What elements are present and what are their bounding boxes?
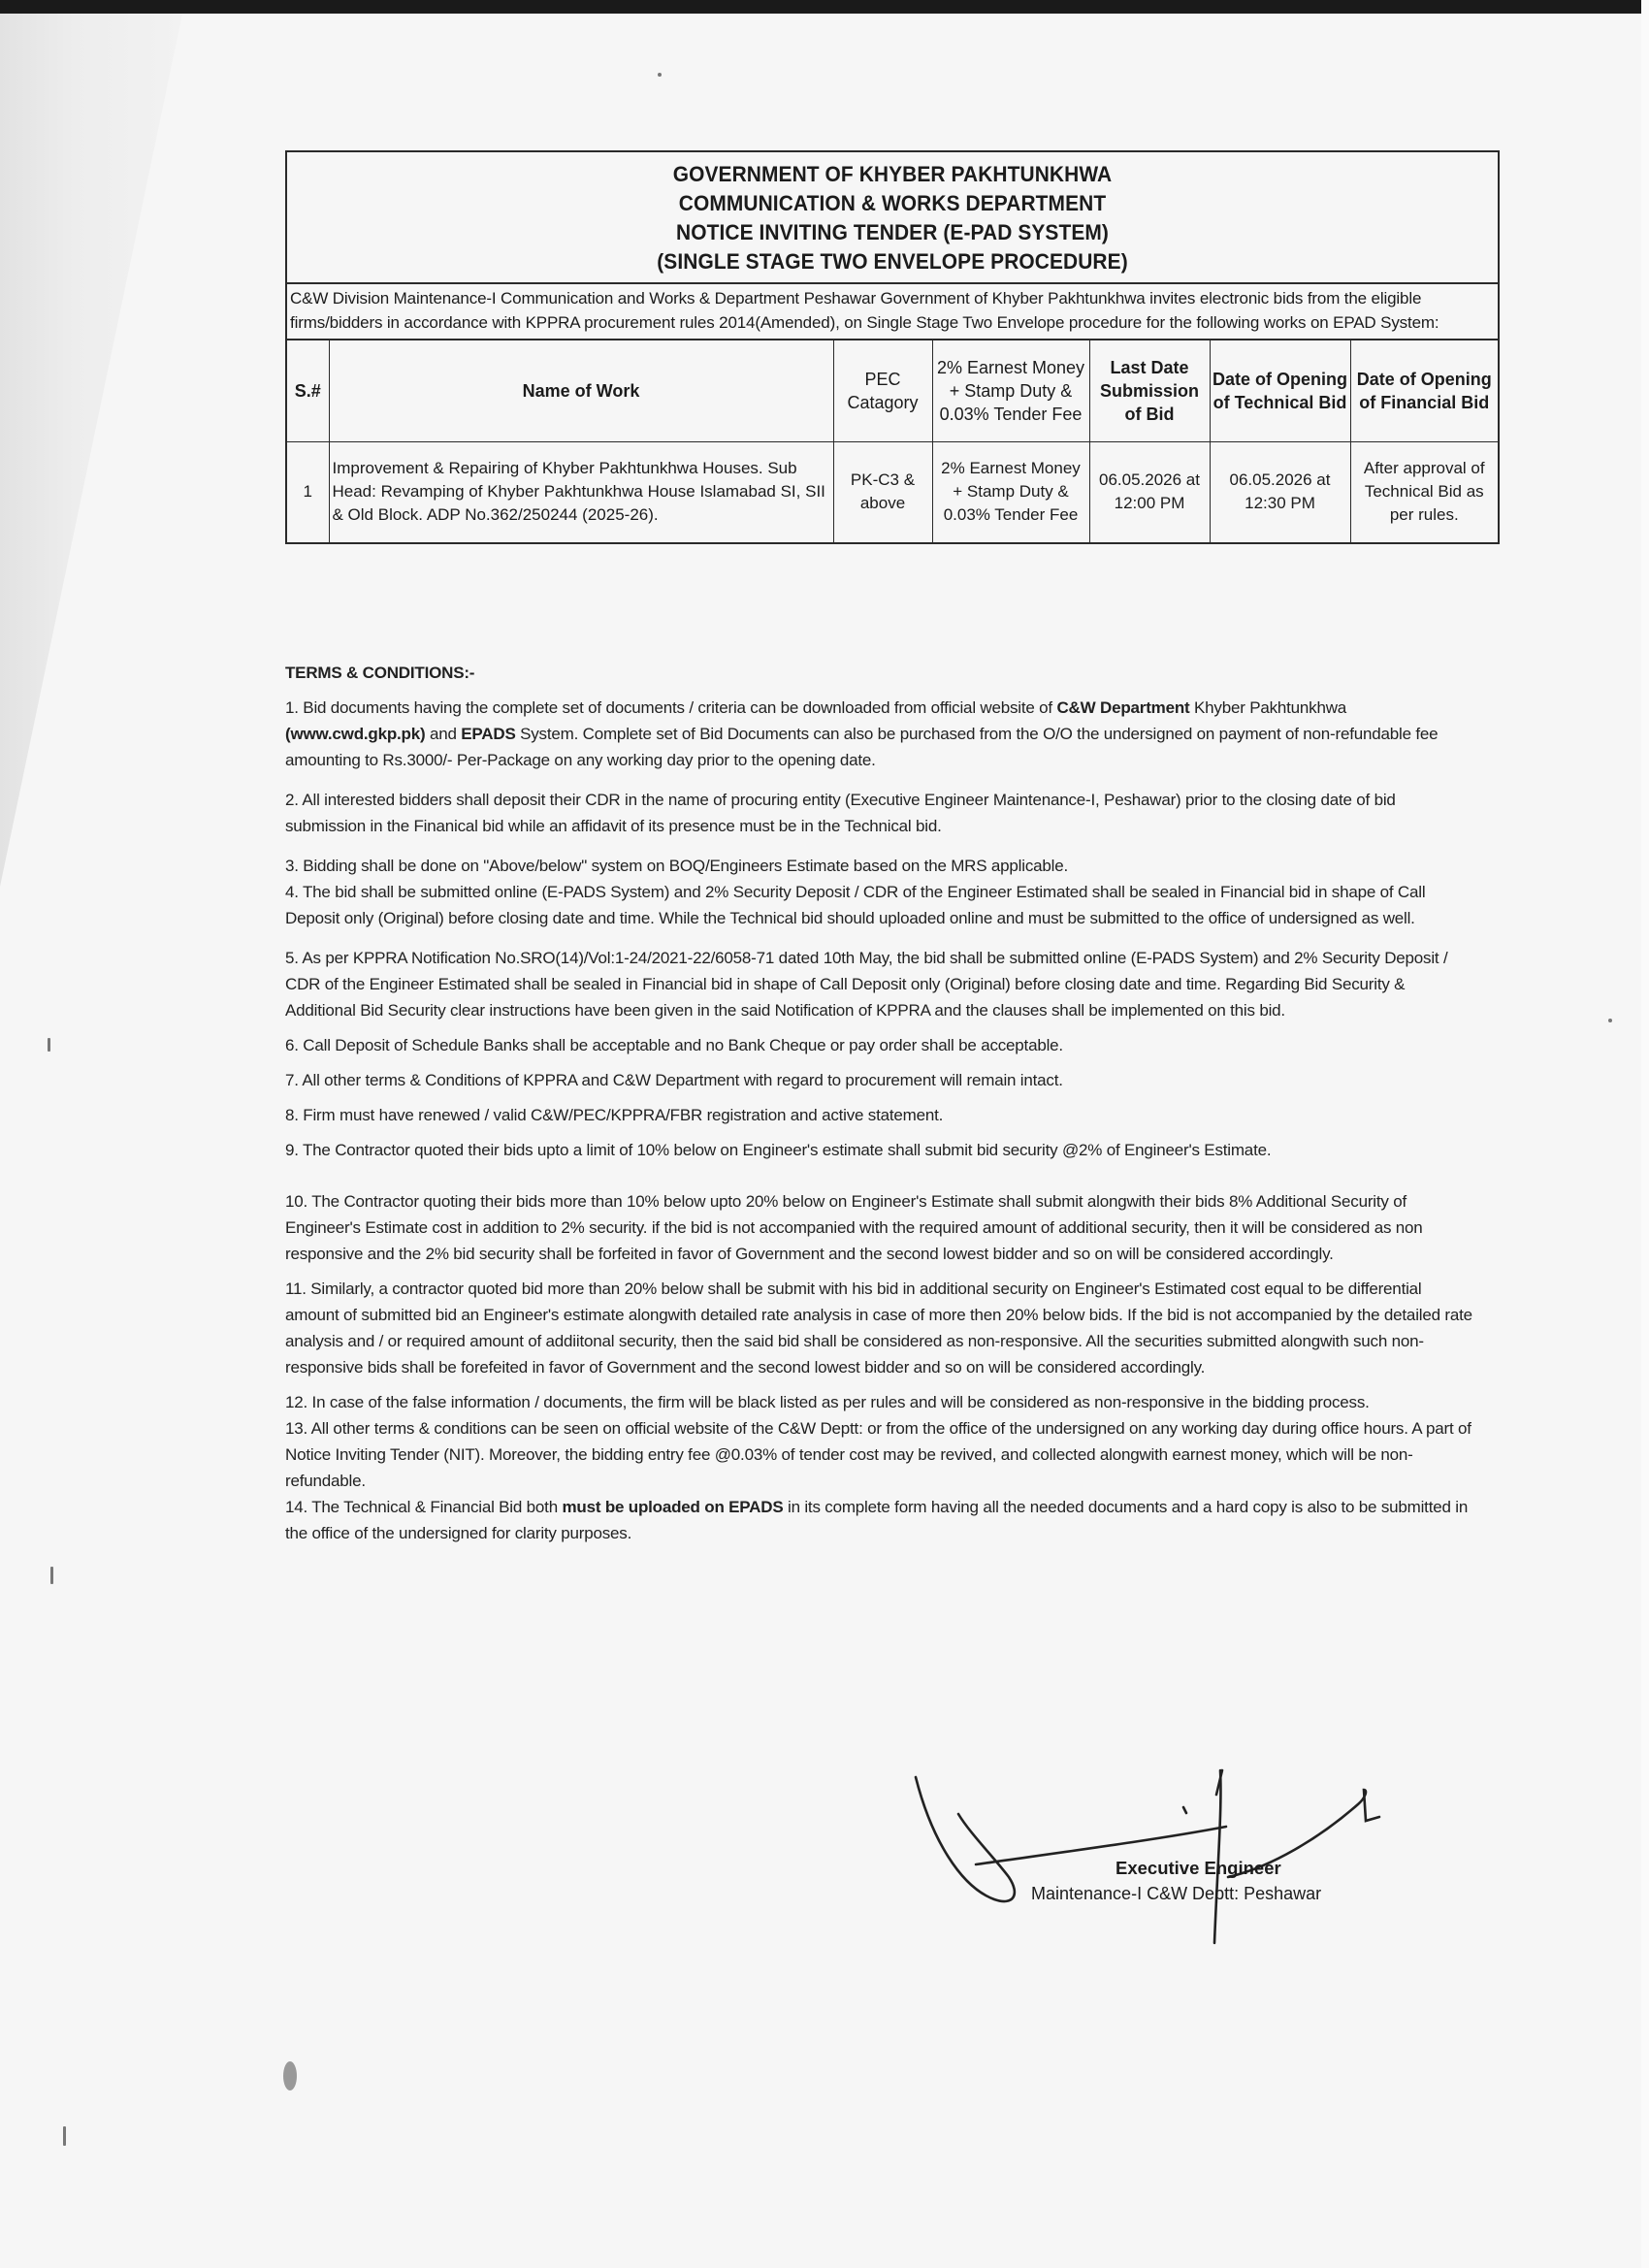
clause-emphasis: C&W Department <box>1056 698 1189 717</box>
clause-14: 14. The Technical & Financial Bid both m… <box>285 1494 1478 1546</box>
scan-speck <box>658 73 662 77</box>
table-row: 1 Improvement & Repairing of Khyber Pakh… <box>287 441 1498 542</box>
terms-section: TERMS & CONDITIONS:- 1. Bid documents ha… <box>285 660 1478 1546</box>
clause-text: 3. Bidding shall be done on "Above/below… <box>285 857 1068 875</box>
intro-paragraph: C&W Division Maintenance-I Communication… <box>287 284 1498 340</box>
clause-12: 12. In case of the false information / d… <box>285 1389 1478 1415</box>
clause-1: 1. Bid documents having the complete set… <box>285 695 1478 773</box>
col-name-of-work: Name of Work <box>329 340 833 441</box>
clause-text: 12. In case of the false information / d… <box>285 1393 1370 1411</box>
terms-title: TERMS & CONDITIONS:- <box>285 660 1478 686</box>
cell-last-date: 06.05.2026 at 12:00 PM <box>1089 441 1210 542</box>
signature-block: Executive Engineer Maintenance-I C&W Dep… <box>902 1761 1533 1955</box>
header-notice-title: NOTICE INVITING TENDER (E-PAD SYSTEM) <box>330 218 1456 247</box>
col-last-date: Last Date Submission of Bid <box>1089 340 1210 441</box>
scan-speck <box>283 2061 297 2090</box>
scan-right-edge <box>1641 0 1649 2268</box>
notice-box: GOVERNMENT OF KHYBER PAKHTUNKHWA COMMUNI… <box>285 150 1500 544</box>
clause-text: 10. The Contractor quoting their bids mo… <box>285 1192 1423 1263</box>
cell-pec-category: PK-C3 & above <box>833 441 932 542</box>
header-procedure: (SINGLE STAGE TWO ENVELOPE PROCEDURE) <box>330 247 1456 276</box>
clause-text: Khyber Pakhtunkhwa <box>1189 698 1346 717</box>
clause-text: 2. All interested bidders shall deposit … <box>285 791 1396 835</box>
clause-emphasis: EPADS <box>461 725 515 743</box>
scan-speck <box>63 2126 66 2146</box>
signature-office: Maintenance-I C&W Deptt: Peshawar <box>1031 1884 1321 1904</box>
header-department: COMMUNICATION & WORKS DEPARTMENT <box>330 189 1456 218</box>
clause-3: 3. Bidding shall be done on "Above/below… <box>285 853 1478 879</box>
clause-4: 4. The bid shall be submitted online (E-… <box>285 879 1478 931</box>
clause-text: 9. The Contractor quoted their bids upto… <box>285 1141 1271 1159</box>
col-opening-technical: Date of Opening of Technical Bid <box>1210 340 1350 441</box>
scan-top-edge <box>0 0 1649 14</box>
clause-7: 7. All other terms & Conditions of KPPRA… <box>285 1067 1478 1093</box>
clause-13: 13. All other terms & conditions can be … <box>285 1415 1478 1494</box>
clause-8: 8. Firm must have renewed / valid C&W/PE… <box>285 1102 1478 1128</box>
clause-text: and <box>425 725 461 743</box>
clause-text: 5. As per KPPRA Notification No.SRO(14)/… <box>285 949 1448 1020</box>
signature-title: Executive Engineer <box>1115 1858 1281 1879</box>
scan-speck <box>50 1567 53 1584</box>
table-header-row: S.# Name of Work PEC Catagory 2% Earnest… <box>287 340 1498 441</box>
notice-header: GOVERNMENT OF KHYBER PAKHTUNKHWA COMMUNI… <box>287 152 1498 284</box>
col-pec-category: PEC Catagory <box>833 340 932 441</box>
clause-text: 6. Call Deposit of Schedule Banks shall … <box>285 1036 1063 1054</box>
clause-emphasis: (www.cwd.gkp.pk) <box>285 725 425 743</box>
clause-text: 8. Firm must have renewed / valid C&W/PE… <box>285 1106 943 1124</box>
cell-earnest-money: 2% Earnest Money + Stamp Duty & 0.03% Te… <box>932 441 1089 542</box>
clause-text: 13. All other terms & conditions can be … <box>285 1419 1471 1490</box>
clause-5: 5. As per KPPRA Notification No.SRO(14)/… <box>285 945 1478 1023</box>
scan-speck <box>1608 1019 1612 1022</box>
col-sno: S.# <box>287 340 329 441</box>
col-opening-financial: Date of Opening of Financial Bid <box>1350 340 1498 441</box>
clause-text: 1. Bid documents having the complete set… <box>285 698 1056 717</box>
cell-sno: 1 <box>287 441 329 542</box>
clause-10: 10. The Contractor quoting their bids mo… <box>285 1188 1478 1267</box>
scan-speck <box>48 1038 50 1052</box>
clause-text: 4. The bid shall be submitted online (E-… <box>285 883 1425 927</box>
header-government: GOVERNMENT OF KHYBER PAKHTUNKHWA <box>330 160 1456 189</box>
cell-opening-technical: 06.05.2026 at 12:30 PM <box>1210 441 1350 542</box>
clause-6: 6. Call Deposit of Schedule Banks shall … <box>285 1032 1478 1058</box>
clause-2: 2. All interested bidders shall deposit … <box>285 787 1478 839</box>
col-earnest-money: 2% Earnest Money + Stamp Duty & 0.03% Te… <box>932 340 1089 441</box>
clause-11: 11. Similarly, a contractor quoted bid m… <box>285 1276 1478 1380</box>
cell-name-of-work: Improvement & Repairing of Khyber Pakhtu… <box>329 441 833 542</box>
clause-9: 9. The Contractor quoted their bids upto… <box>285 1137 1478 1163</box>
clause-text: 14. The Technical & Financial Bid both <box>285 1498 562 1516</box>
cell-opening-financial: After approval of Technical Bid as per r… <box>1350 441 1498 542</box>
clause-text: 7. All other terms & Conditions of KPPRA… <box>285 1071 1063 1089</box>
terms-clauses: 1. Bid documents having the complete set… <box>285 695 1478 1546</box>
clause-emphasis: must be uploaded on EPADS <box>562 1498 783 1516</box>
clause-text: 11. Similarly, a contractor quoted bid m… <box>285 1280 1472 1377</box>
works-table: S.# Name of Work PEC Catagory 2% Earnest… <box>287 340 1498 542</box>
